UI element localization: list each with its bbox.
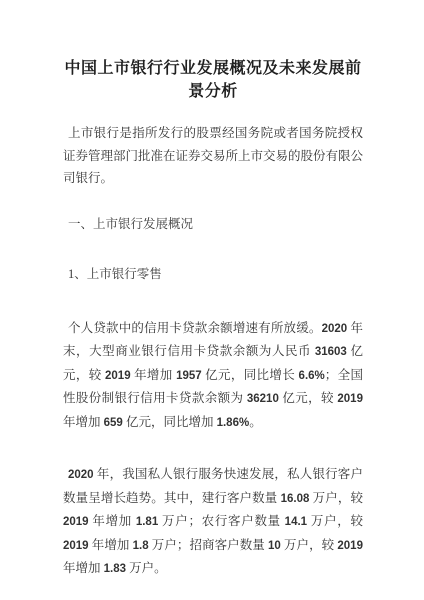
numeric-value: 16.08 bbox=[281, 493, 310, 505]
numeric-value: 1.86% bbox=[217, 417, 250, 429]
numeric-value: 36210 bbox=[247, 393, 279, 405]
intro-paragraph: 上市银行是指所发行的股票经国务院或者国务院授权证券管理部门批准在证券交易所上市交… bbox=[63, 122, 363, 190]
paragraph-credit-card-loans: 个人贷款中的信用卡贷款余额增速有所放缓。2020 年末，大型商业银行信用卡贷款余… bbox=[63, 317, 363, 435]
numeric-value: 2020 bbox=[322, 323, 348, 335]
numeric-value: 6.6% bbox=[299, 370, 325, 382]
text-run: 万户，较 bbox=[307, 514, 363, 528]
numeric-value: 31603 bbox=[315, 346, 347, 358]
document-page: 中国上市银行行业发展概况及未来发展前景分析 上市银行是指所发行的股票经国务院或者… bbox=[0, 0, 424, 600]
numeric-value: 659 bbox=[104, 417, 123, 429]
text-run: 年增加 bbox=[89, 514, 136, 528]
document-content: 中国上市银行行业发展概况及未来发展前景分析 上市银行是指所发行的股票经国务院或者… bbox=[0, 0, 424, 581]
text-run: 万户；农行客户数量 bbox=[158, 514, 284, 528]
text-run: 万户；招商客户数量 bbox=[149, 538, 268, 552]
text-run: 万户，较 bbox=[281, 538, 338, 552]
numeric-value: 2019 bbox=[63, 540, 89, 552]
text-run: 年增加 bbox=[63, 561, 104, 575]
numeric-value: 2019 bbox=[337, 393, 363, 405]
text-run: 万户，较 bbox=[309, 491, 363, 505]
text-run: 亿元，同比增加 bbox=[123, 415, 217, 429]
text-run: 万户。 bbox=[126, 561, 167, 575]
text-run: 年增加 bbox=[131, 368, 176, 382]
paragraph-private-banking: 2020 年，我国私人银行服务快速发展，私人银行客户数量呈增长趋势。其中，建行客… bbox=[63, 463, 363, 581]
document-title: 中国上市银行行业发展概况及未来发展前景分析 bbox=[63, 57, 363, 103]
numeric-value: 14.1 bbox=[285, 516, 307, 528]
text-run: 年增加 bbox=[63, 415, 104, 429]
numeric-value: 1.81 bbox=[136, 516, 158, 528]
numeric-value: 2019 bbox=[105, 370, 131, 382]
numeric-value: 1.83 bbox=[104, 563, 126, 575]
text-run: 亿元，同比增长 bbox=[202, 368, 299, 382]
text-run: 。 bbox=[249, 415, 262, 429]
text-run: 个人贷款中的信用卡贷款余额增速有所放缓。 bbox=[68, 321, 322, 335]
section-heading: 一、上市银行发展概况 bbox=[63, 217, 363, 231]
numeric-value: 1.8 bbox=[133, 540, 149, 552]
numeric-value: 1957 bbox=[176, 370, 202, 382]
subsection-heading: 1、上市银行零售 bbox=[63, 267, 363, 281]
numeric-value: 10 bbox=[268, 540, 281, 552]
numeric-value: 2020 bbox=[68, 469, 94, 481]
text-run: 年增加 bbox=[89, 538, 133, 552]
numeric-value: 2019 bbox=[337, 540, 363, 552]
text-run: 亿元，较 bbox=[279, 391, 338, 405]
numeric-value: 2019 bbox=[63, 516, 89, 528]
